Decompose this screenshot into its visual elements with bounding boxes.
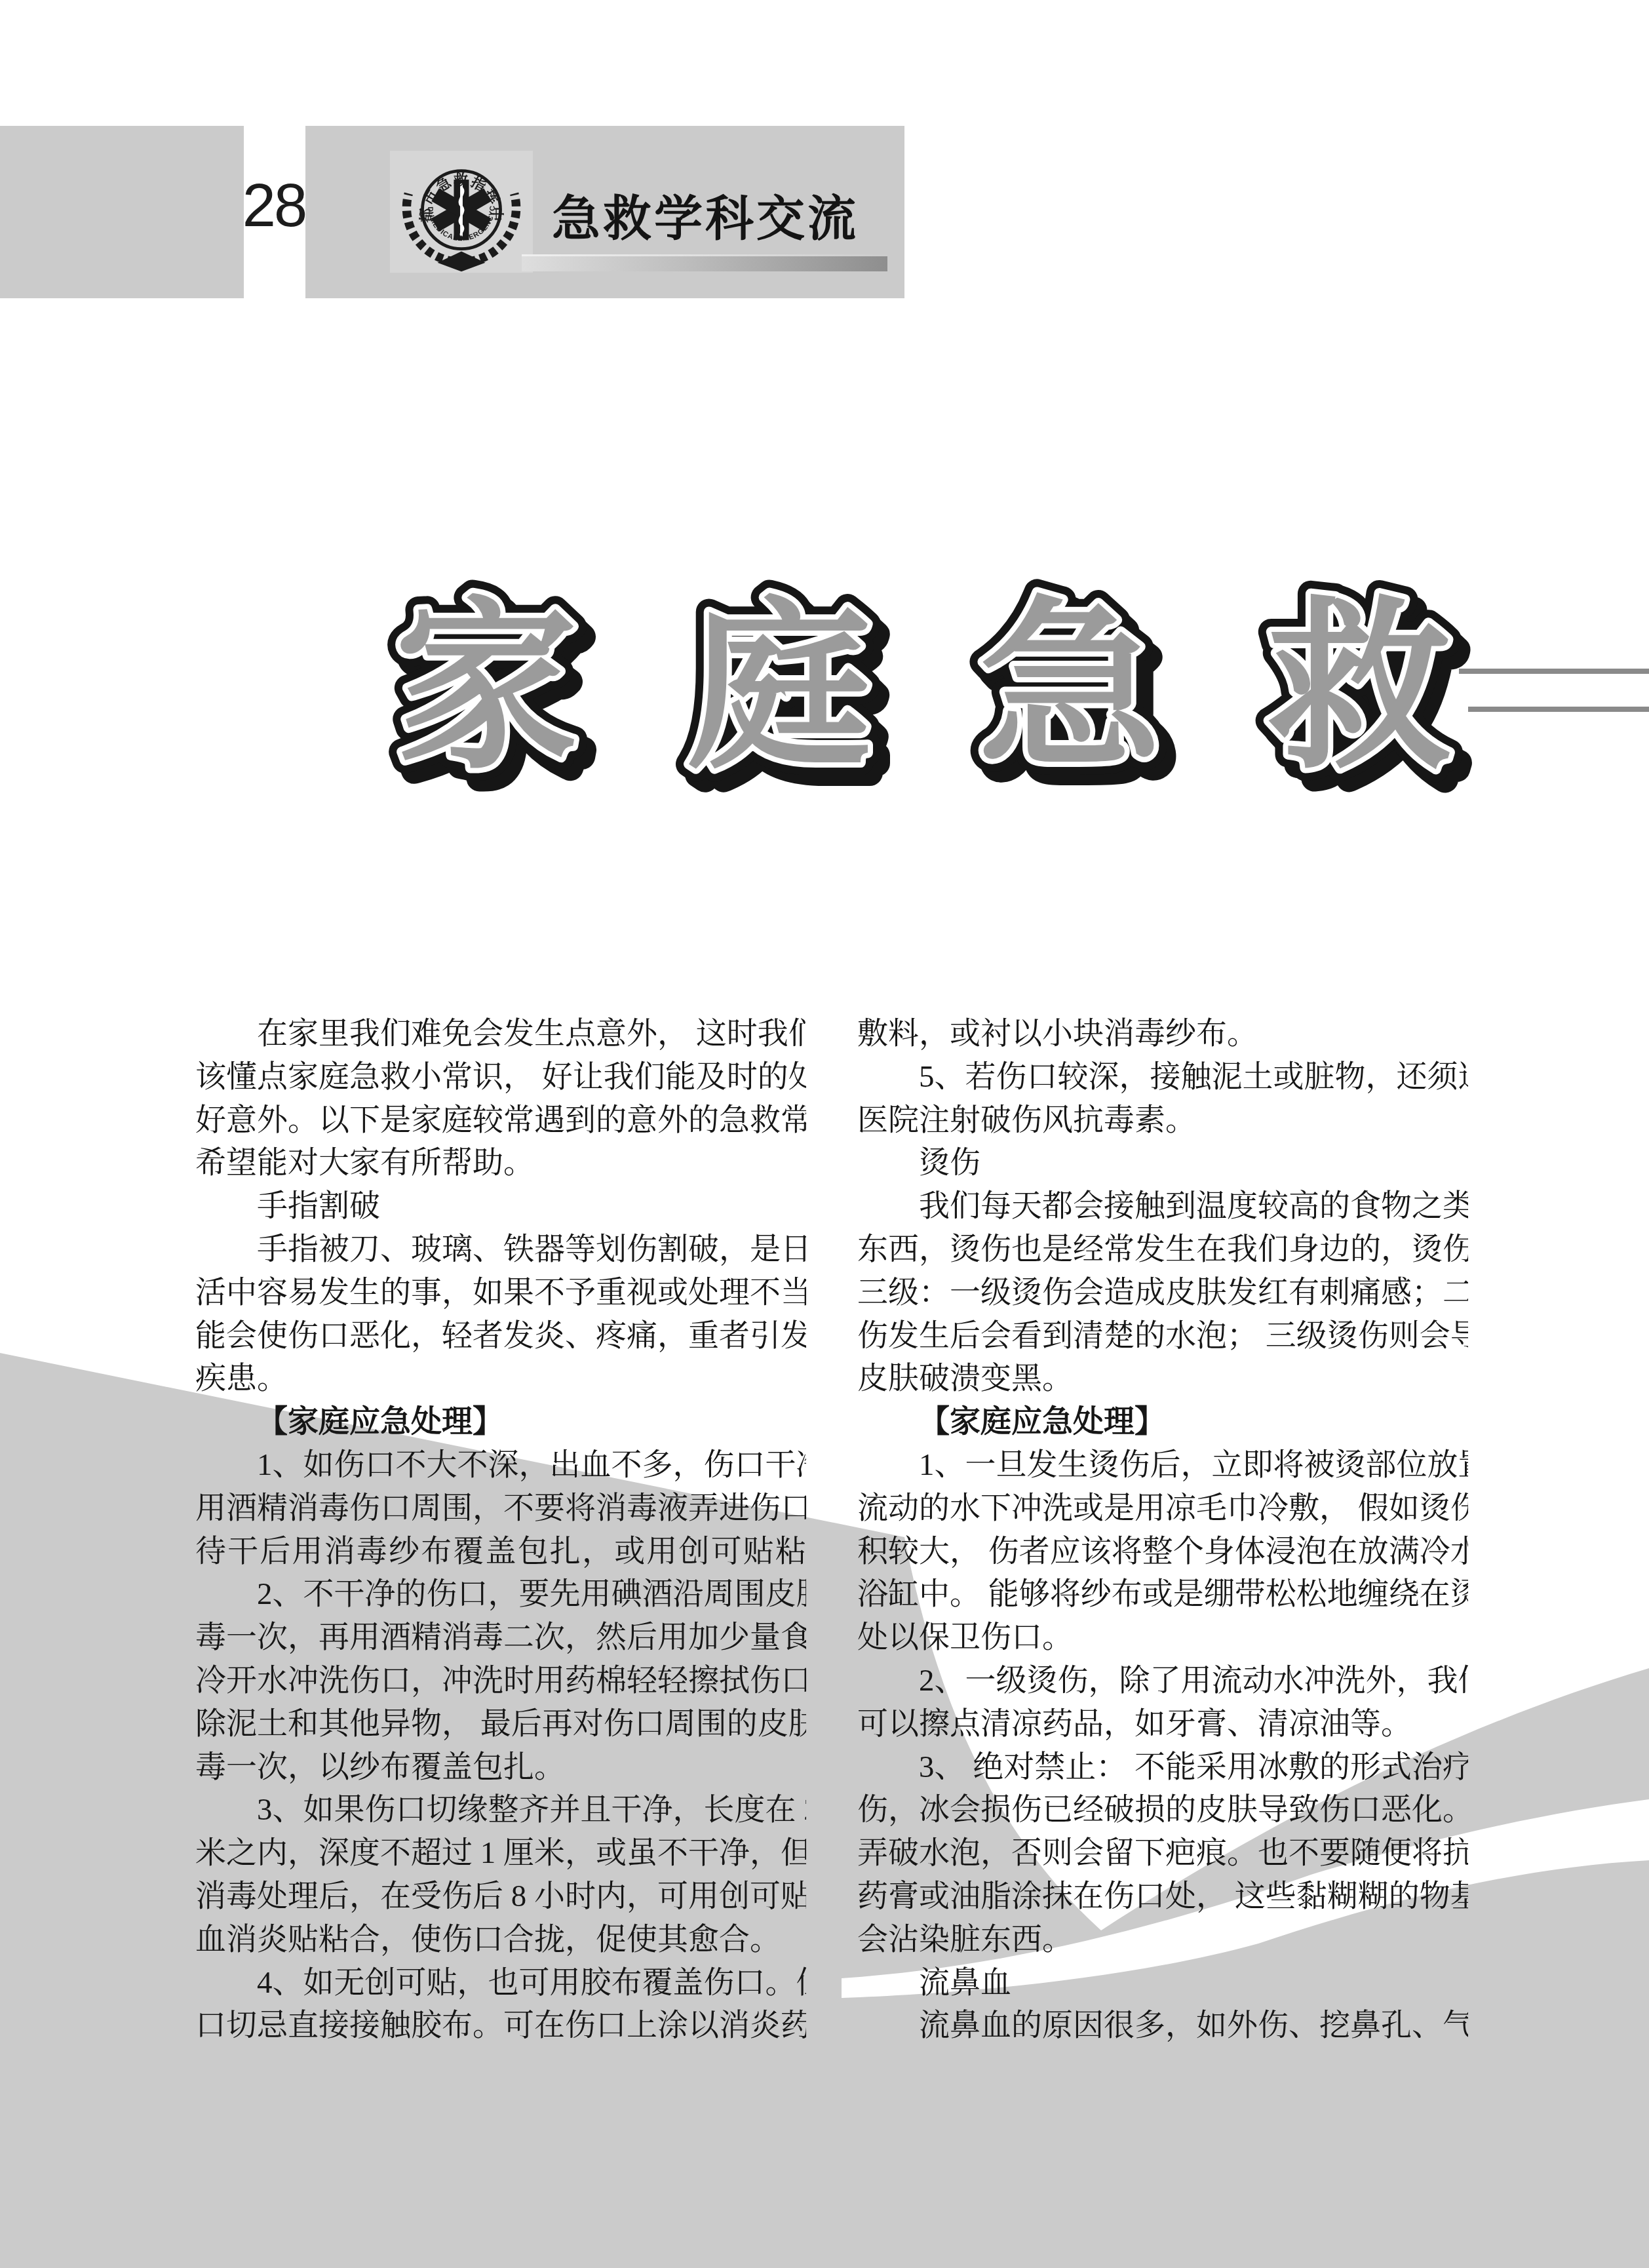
- text-line: 3、 绝对禁止： 不能采用冰敷的形式治疗烫: [857, 1746, 1468, 1789]
- text-line: 流鼻血: [857, 1962, 1468, 2005]
- text-line: 1、如伤口不大不深，出血不多，伤口干净，可: [195, 1444, 806, 1487]
- text-line: 毒一次，以纱布覆盖包扎。: [195, 1746, 806, 1789]
- text-column-right: 敷料，或衬以小块消毒纱布。5、若伤口较深，接触泥土或脏物，还须速去医院注射破伤风…: [857, 1013, 1468, 2048]
- title-rule-bottom: [1468, 707, 1649, 712]
- text-line: 敷料，或衬以小块消毒纱布。: [857, 1013, 1468, 1056]
- text-line: 3、如果伤口切缘整齐并且干净，长度在 2 厘: [195, 1789, 806, 1832]
- header-left-gray-block: [0, 126, 244, 298]
- text-line: 冷开水冲洗伤口，冲洗时用药棉轻轻擦拭伤口，去: [195, 1660, 806, 1703]
- wreath-ribbon-icon: [438, 252, 486, 272]
- text-line: 消毒处理后，在受伤后 8 小时内，可用创可贴或止: [195, 1875, 806, 1919]
- text-line: 该懂点家庭急救小常识， 好让我们能及时的处理: [195, 1056, 806, 1099]
- text-line: 【家庭应急处理】: [857, 1401, 1468, 1444]
- title-rule-top: [1459, 669, 1649, 674]
- text-line: 在家里我们难免会发生点意外， 这时我们应: [195, 1013, 806, 1056]
- article-title-art: 家庭急救家庭急救家庭急救: [275, 577, 1649, 819]
- title-char: 家: [395, 585, 578, 790]
- page-number: 28: [241, 176, 307, 236]
- text-line: 会沾染脏东西。: [857, 1919, 1468, 1962]
- text-line: 活中容易发生的事，如果不予重视或处理不当，可: [195, 1272, 806, 1315]
- text-line: 2、不干净的伤口，要先用碘酒沿周围皮肤消: [195, 1573, 806, 1616]
- text-line: 积较大， 伤者应该将整个身体浸泡在放满冷水的: [857, 1531, 1468, 1574]
- text-line: 弄破水泡，否则会留下疤痕。也不要随便将抗生素: [857, 1832, 1468, 1875]
- text-line: 烫伤: [857, 1142, 1468, 1185]
- text-line: 我们每天都会接触到温度较高的食物之类的: [857, 1185, 1468, 1228]
- text-line: 流鼻血的原因很多，如外伤、挖鼻孔、气候异: [857, 2004, 1468, 2048]
- text-line: 三级：一级烫伤会造成皮肤发红有刺痛感；二级烫: [857, 1272, 1468, 1315]
- text-line: 东西，烫伤也是经常发生在我们身边的，烫伤分为: [857, 1228, 1468, 1272]
- magazine-page: 28 成都市急救指挥中心 CHENGDUMEDICALEMERGENCYCENT…: [0, 0, 1649, 2268]
- text-line: 米之内，深度不超过 1 厘米，或虽不干净，但经过: [195, 1832, 806, 1875]
- text-line: 待干后用消毒纱布覆盖包扎，或用创可贴粘贴。: [195, 1531, 806, 1574]
- text-line: 浴缸中。 能够将纱布或是绷带松松地缠绕在烫伤: [857, 1573, 1468, 1616]
- masthead-gradient-bar: [522, 254, 887, 271]
- text-line: 血消炎贴粘合，使伤口合拢，促使其愈合。: [195, 1919, 806, 1962]
- title-char: 救: [1268, 585, 1451, 790]
- masthead-title: 急救学科交流: [552, 193, 859, 245]
- text-line: 毒一次，再用酒精消毒二次，然后用加少量食盐的: [195, 1616, 806, 1660]
- text-line: 伤，冰会损伤已经破损的皮肤导致伤口恶化。不要: [857, 1789, 1468, 1832]
- text-line: 5、若伤口较深，接触泥土或脏物，还须速去: [857, 1056, 1468, 1099]
- title-char: 庭: [688, 585, 872, 790]
- text-line: 处以保卫伤口。: [857, 1616, 1468, 1660]
- text-line: 药膏或油脂涂抹在伤口处， 这些黏糊糊的物基本: [857, 1875, 1468, 1919]
- text-line: 皮肤破溃变黑。: [857, 1358, 1468, 1401]
- text-line: 【家庭应急处理】: [195, 1401, 806, 1444]
- text-line: 手指被刀、玻璃、铁器等划伤割破，是日常生: [195, 1228, 806, 1272]
- text-line: 医院注射破伤风抗毒素。: [857, 1099, 1468, 1143]
- text-line: 2、一级烫伤，除了用流动水冲洗外，我们也: [857, 1660, 1468, 1703]
- text-line: 疾患。: [195, 1358, 806, 1401]
- text-line: 用酒精消毒伤口周围，不要将消毒液弄进伤口内，: [195, 1487, 806, 1531]
- text-line: 能会使伤口恶化，轻者发炎、疼痛，重者引发严重: [195, 1315, 806, 1358]
- text-line: 流动的水下冲洗或是用凉毛巾冷敷， 假如烫伤面: [857, 1487, 1468, 1531]
- text-column-left: 在家里我们难免会发生点意外， 这时我们应该懂点家庭急救小常识， 好让我们能及时的…: [195, 1013, 806, 2048]
- text-line: 手指割破: [195, 1185, 806, 1228]
- text-line: 1、一旦发生烫伤后，立即将被烫部位放置在: [857, 1444, 1468, 1487]
- text-line: 4、如无创可贴，也可用胶布覆盖伤口。但伤: [195, 1962, 806, 2005]
- text-line: 可以擦点清凉药品，如牙膏、清凉油等。: [857, 1703, 1468, 1746]
- text-line: 口切忌直接接触胶布。可在伤口上涂以消炎药等: [195, 2004, 806, 2048]
- text-line: 伤发生后会看到清楚的水泡； 三级烫伤则会导致: [857, 1315, 1468, 1358]
- text-line: 除泥土和其他异物， 最后再对伤口周围的皮肤消: [195, 1703, 806, 1746]
- text-line: 好意外。以下是家庭较常遇到的意外的急救常识，: [195, 1099, 806, 1143]
- star-of-life-icon: 成都市急救指挥中心 CHENGDUMEDICALEMERGENCYCENTER: [394, 149, 529, 275]
- title-char: 急: [978, 585, 1164, 790]
- text-line: 希望能对大家有所帮助。: [195, 1142, 806, 1185]
